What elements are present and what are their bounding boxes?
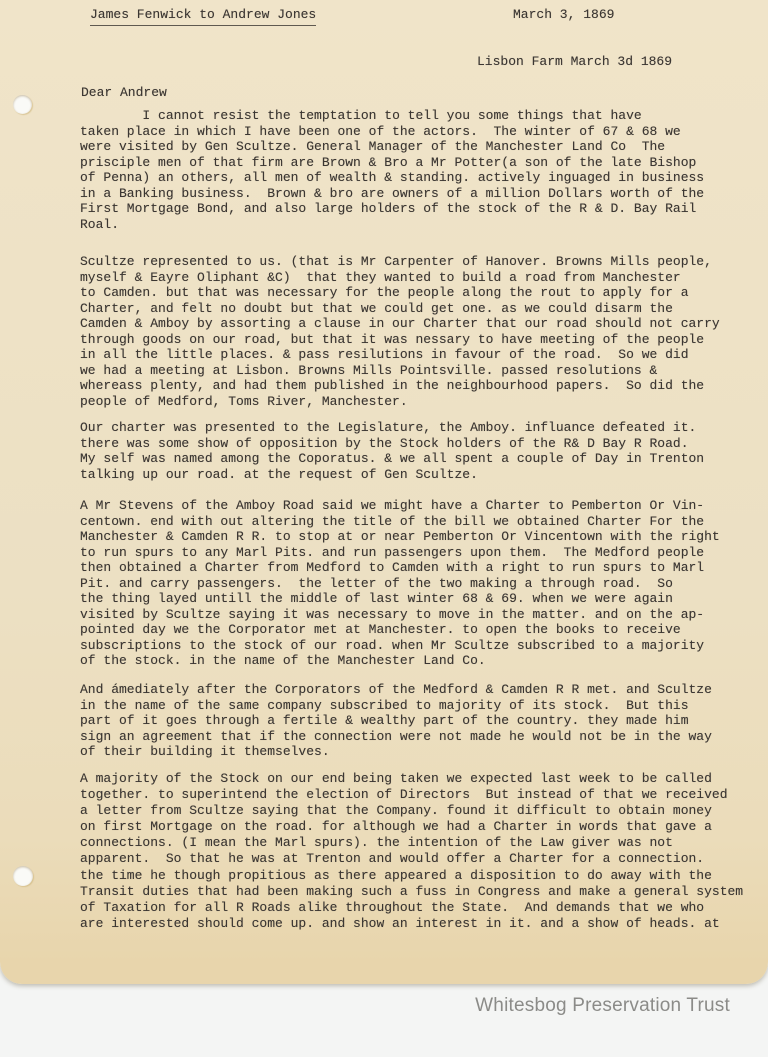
header-date: March 3, 1869 bbox=[513, 7, 614, 23]
letter-paper: James Fenwick to Andrew Jones March 3, 1… bbox=[0, 0, 768, 984]
letter-paragraph-3: Our charter was presented to the Legisla… bbox=[80, 420, 755, 482]
dateline: Lisbon Farm March 3d 1869 bbox=[477, 54, 672, 70]
scanned-letter-page: James Fenwick to Andrew Jones March 3, 1… bbox=[0, 0, 768, 1057]
letter-paragraph-1: I cannot resist the temptation to tell y… bbox=[80, 108, 755, 232]
letter-paragraph-5: And ámediately after the Corporators of … bbox=[80, 682, 755, 760]
punch-hole-bottom bbox=[13, 866, 33, 886]
punch-hole-top bbox=[13, 95, 32, 114]
salutation: Dear Andrew bbox=[81, 85, 167, 101]
letter-paragraph-2: Scultze represented to us. (that is Mr C… bbox=[80, 254, 755, 409]
letter-paragraph-4: A Mr Stevens of the Amboy Road said we m… bbox=[80, 498, 755, 669]
archive-credit-watermark: Whitesbog Preservation Trust bbox=[475, 995, 730, 1017]
letter-paragraph-6: A majority of the Stock on our end being… bbox=[80, 771, 755, 932]
correspondents-heading: James Fenwick to Andrew Jones bbox=[90, 7, 316, 26]
